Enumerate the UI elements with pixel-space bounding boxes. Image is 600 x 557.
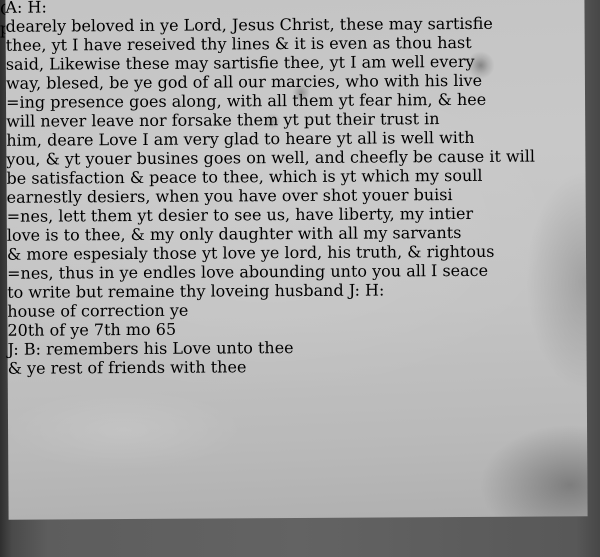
manuscript-line: to write but remaine	[7, 282, 174, 302]
scanned-letter-photo: A: H: dearely beloved in ye Lord, Jesus …	[0, 0, 600, 557]
manuscript-line: you, & yt youer busines goes on well, an…	[6, 146, 585, 169]
valediction: thy loveing husband	[180, 281, 344, 301]
letter-body: dearely beloved in ye Lord, Jesus Christ…	[6, 13, 587, 302]
letter-paper: A: H: dearely beloved in ye Lord, Jesus …	[5, 0, 587, 520]
signature-initials: J: H:	[349, 280, 385, 299]
postscript-line: & ye rest of friends with thee	[8, 355, 587, 378]
postscript-block: J: B: remembers his Love unto thee & ye …	[8, 336, 587, 378]
dateline-block: house of correction ye 20th of ye 7th mo…	[7, 298, 586, 340]
